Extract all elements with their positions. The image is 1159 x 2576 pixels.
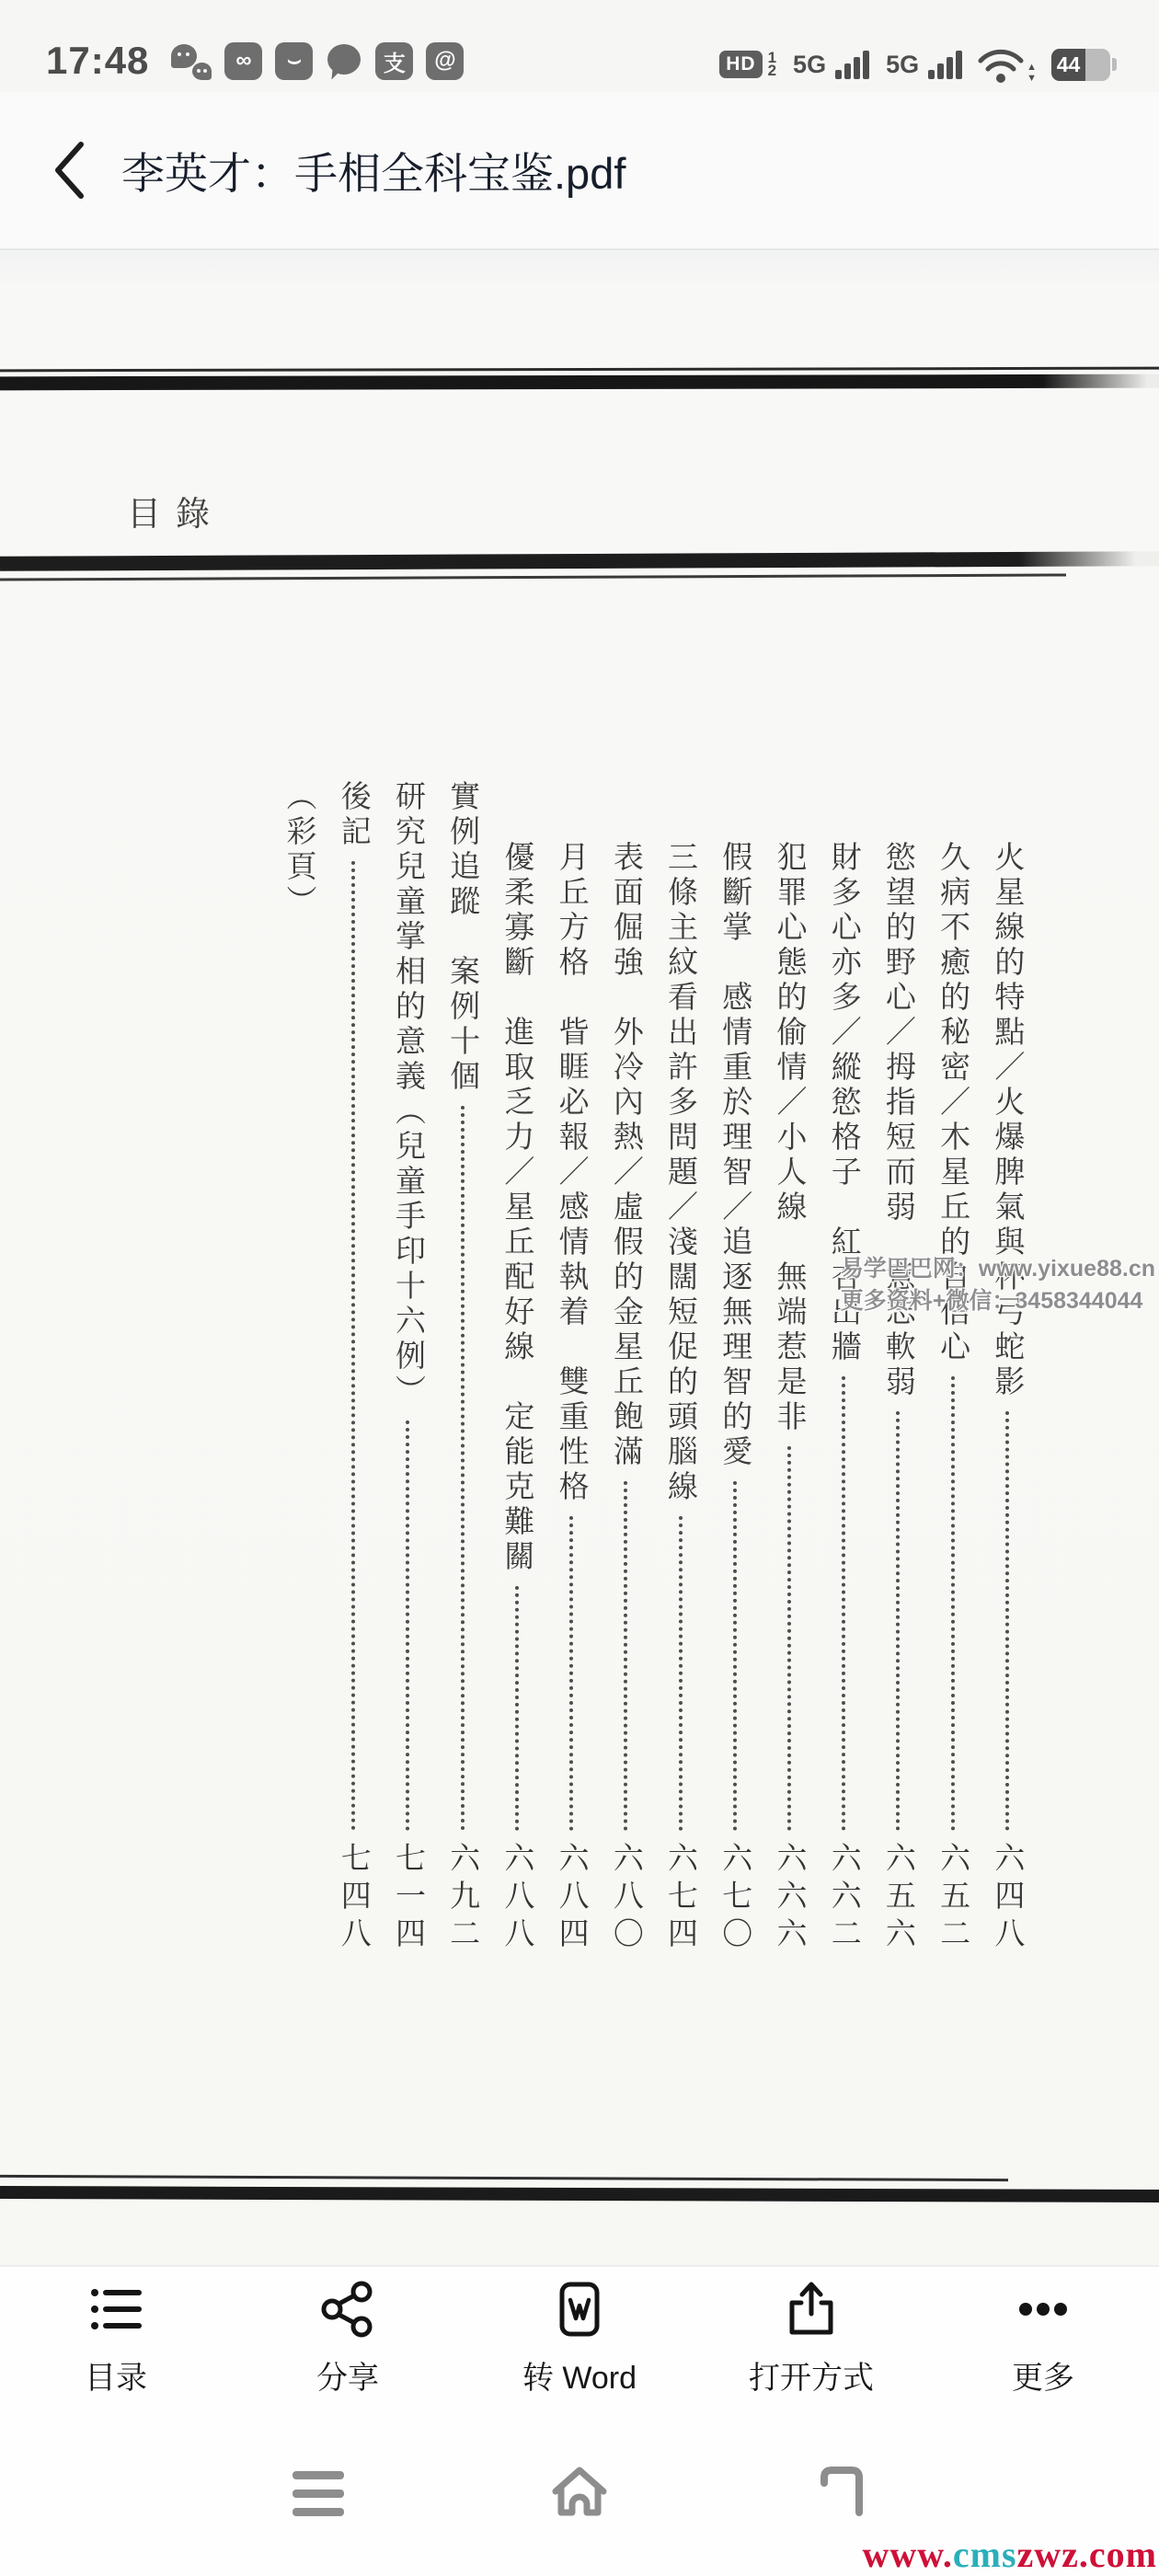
toolbar-toc-button[interactable]: 目录 [0,2267,232,2410]
toc-heading: 目錄 [127,486,224,535]
toc-entry-page: 六五六 [877,1842,920,1965]
toc-entry-title: 三條主紋看出許多問題／淺闊短促的頭腦線 [659,841,702,1505]
alipay-icon: 支 [375,42,413,80]
chevron-left-icon [52,140,86,201]
toc-entry: 火星線的特點／火爆脾氣與杯弓蛇影 六四八 [986,780,1028,1965]
pdf-toolbar: 目录 分享 转 Word 打开方式 [0,2265,1159,2410]
toc-entry-page: 六六二 [822,1842,866,1965]
toolbar-label: 转 Word [522,2352,637,2398]
toc-entry-page: 七一四 [386,1842,430,1965]
url-part-1: www. [862,2534,952,2575]
signal-bars-icon [928,51,962,79]
message-bubble-icon [326,42,362,80]
toc-entry-title: 研究兒童掌相的意義（兒童手印十六例） [386,780,430,1409]
pdf-page-view[interactable]: 目錄 火星線的特點／火爆脾氣與杯弓蛇影 六四八 久病不癒的秘密／木星丘的自信心 … [0,250,1159,2265]
toc-entry: 慾望的野心／拇指短而弱 意志軟弱 六五六 [877,780,919,1965]
dotted-leader [733,1481,737,1831]
toc-entry-page: 六七〇 [713,1842,756,1965]
toolbar-open-with-button[interactable]: 打开方式 [695,2267,927,2410]
export-icon [783,2281,840,2338]
back-button[interactable] [48,138,90,202]
toc-entry: 犯罪心態的偷情／小人線 無端惹是非 六六六 [768,780,810,1965]
status-bar: 17:48 ∞ ⌣ 支 @ HD 12 5G 5G [0,0,1159,92]
url-part-2: cms [953,2534,1017,2575]
toc-entry-title: 實例追蹤 案例十個 [441,780,484,1095]
site-url-watermark: www.cmszwz.com [862,2533,1157,2576]
url-part-3: zwz.com [1017,2534,1157,2575]
dotted-leader [569,1516,573,1831]
toc-entry-title: 假斷掌 感情重於理智／追逐無理智的愛 [713,841,756,1470]
scan-rule-top-thin [0,367,1159,373]
toc-entry: 實例追蹤 案例十個 六九二 [442,780,484,1965]
toc-entry: 久病不癒的秘密／木星丘的自信心 六五二 [932,780,974,1965]
dotted-leader [679,1516,683,1831]
dotted-leader [951,1376,955,1831]
sim-1-2-indicator: 12 [768,52,776,77]
toc-entry-page: 六八八 [495,1842,538,1965]
toc-entry-title: （彩頁） [278,780,321,920]
toc-columns: 火星線的特點／火爆脾氣與杯弓蛇影 六四八 久病不癒的秘密／木星丘的自信心 六五二… [278,780,1028,1965]
toc-entry: 三條主紋看出許多問題／淺闊短促的頭腦線 六七四 [660,780,702,1965]
dotted-leader [787,1446,791,1831]
toc-list-icon [87,2281,144,2338]
site-watermark-overlay: 易学巴巴网：www.yixue88.cn 更多资料+微信：3458344044 [841,1253,1155,1317]
signal-bars-icon [835,51,869,79]
cellular-signal-1: 5G [793,51,869,79]
watermark-line-1: 易学巴巴网：www.yixue88.cn [841,1253,1155,1285]
battery-icon: 44 [1051,49,1117,81]
dotted-leader [351,861,355,1831]
dotted-leader [896,1411,900,1831]
toc-entry-page: 六八〇 [604,1842,648,1965]
share-nodes-icon [319,2281,376,2338]
toc-entry: 財多心亦多／縱慾格子 紅杏出牆 六六二 [822,780,865,1965]
hd-volte-icon: HD [719,51,762,78]
toc-entry: 後記 七四八 [332,780,374,1965]
dotted-leader [842,1376,845,1831]
toc-entry: 優柔寡斷 進取乏力／星丘配好線 定能克難關 六八八 [496,780,538,1965]
toolbar-share-button[interactable]: 分享 [232,2267,464,2410]
toolbar-label: 目录 [85,2352,147,2398]
back-icon[interactable] [815,2463,866,2524]
toc-entry: 假斷掌 感情重於理智／追逐無理智的愛 六七〇 [714,780,756,1965]
toc-entry-title: 優柔寡斷 進取乏力／星丘配好線 定能克難關 [495,841,538,1575]
toolbar-label: 更多 [1012,2352,1074,2398]
wechat-icon [171,42,212,80]
toolbar-more-button[interactable]: 更多 [927,2267,1159,2410]
title-bar: 李英才：手相全科宝鉴.pdf [0,92,1159,250]
toc-entry: 月丘方格 眥睚必報／感情執着 雙重性格 六八四 [550,780,592,1965]
phone-screen: 17:48 ∞ ⌣ 支 @ HD 12 5G 5G [0,0,1159,2576]
toc-entry: （彩頁） [278,780,320,1965]
scan-rule-mid-thin [0,573,1066,581]
shop-bag-icon: ⌣ [275,42,313,80]
toc-entry-page: 六九二 [441,1842,484,1965]
toc-entry-page: 六七四 [659,1842,702,1965]
battery-percent: 44 [1051,49,1085,81]
toc-entry-page: 六八四 [550,1842,593,1965]
toc-entry: 表面倔強 外冷內熱／虛假的金星丘飽滿 六八〇 [604,780,647,1965]
toc-entry-page: 六五二 [931,1842,974,1965]
dotted-leader [515,1586,519,1831]
status-bar-left: 17:48 ∞ ⌣ 支 @ [46,39,464,83]
infinity-app-icon: ∞ [224,42,262,80]
scan-rule-bottom-thick [0,2186,1159,2202]
word-doc-icon [551,2281,608,2338]
toolbar-to-word-button[interactable]: 转 Word [464,2267,695,2410]
toc-entry-page: 七四八 [332,1842,375,1965]
scan-rule-mid-thick [0,551,1159,570]
toc-entry: 研究兒童掌相的意義（兒童手印十六例） 七一四 [386,780,429,1965]
clock: 17:48 [46,39,149,83]
menu-icon[interactable] [293,2471,344,2516]
toc-entry-title: 後記 [332,780,375,850]
toc-entry-page: 六六六 [767,1842,810,1965]
toc-entry-title: 表面倔強 外冷內熱／虛假的金星丘飽滿 [604,841,648,1470]
dotted-leader [406,1420,409,1831]
dotted-leader [624,1481,627,1831]
scan-rule-bottom-thin [0,2175,1008,2181]
scan-rule-top-thick [0,374,1159,391]
wifi-icon: ▲▼ [977,46,1037,83]
document-title: 李英才：手相全科宝鉴.pdf [121,140,625,201]
baidu-du-icon: @ [426,42,464,80]
more-dots-icon [1015,2281,1072,2338]
toc-entry-title: 月丘方格 眥睚必報／感情執着 雙重性格 [550,841,593,1505]
toolbar-label: 分享 [316,2352,379,2398]
dotted-leader [461,1106,465,1831]
status-bar-right: HD 12 5G 5G ▲▼ [719,46,1117,83]
home-icon[interactable] [548,2463,611,2524]
toc-entry-title: 犯罪心態的偷情／小人線 無端惹是非 [767,841,810,1435]
dotted-leader [1005,1411,1009,1831]
cellular-signal-2: 5G [886,51,962,79]
toc-entry-page: 六四八 [985,1842,1028,1965]
watermark-line-2: 更多资料+微信：3458344044 [841,1285,1155,1317]
network-activity-icon: ▲▼ [1027,63,1037,83]
toolbar-label: 打开方式 [749,2352,874,2398]
